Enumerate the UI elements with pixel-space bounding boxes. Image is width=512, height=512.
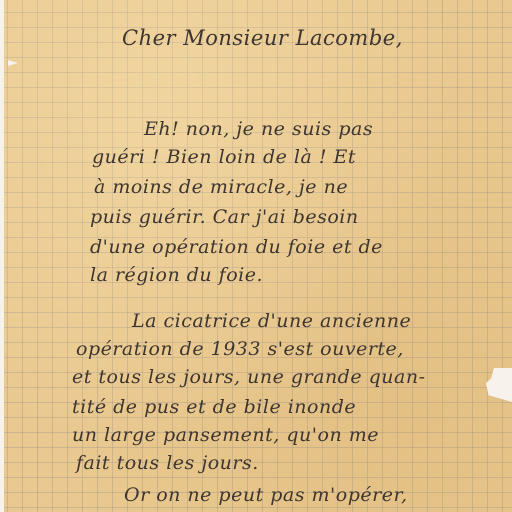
letter-line: et tous les jours, une grande quan- [72, 366, 426, 388]
letter-line: guéri ! Bien loin de là ! Et [92, 146, 356, 168]
letter-line: Eh! non, je ne suis pas [144, 118, 373, 140]
letter-line: La cicatrice d'une ancienne [132, 310, 411, 332]
letter-line: Or on ne peut pas m'opérer, [124, 484, 407, 506]
letter-line: à moins de miracle, je ne [94, 176, 348, 198]
letter-line: fait tous les jours. [76, 452, 259, 474]
salutation: Cher Monsieur Lacombe, [122, 26, 403, 50]
paper-nick [8, 60, 18, 66]
grid-paper-sheet: Cher Monsieur Lacombe, Eh! non, je ne su… [4, 0, 512, 512]
letter-line: la région du foie. [90, 264, 263, 286]
letter-line: tité de pus et de bile inonde [72, 396, 356, 418]
letter-line: un large pansement, qu'on me [72, 424, 379, 446]
letter-line: puis guérir. Car j'ai besoin [90, 206, 359, 228]
letter-line: opération de 1933 s'est ouverte, [76, 338, 404, 360]
letter-line: d'une opération du foie et de [90, 236, 383, 258]
